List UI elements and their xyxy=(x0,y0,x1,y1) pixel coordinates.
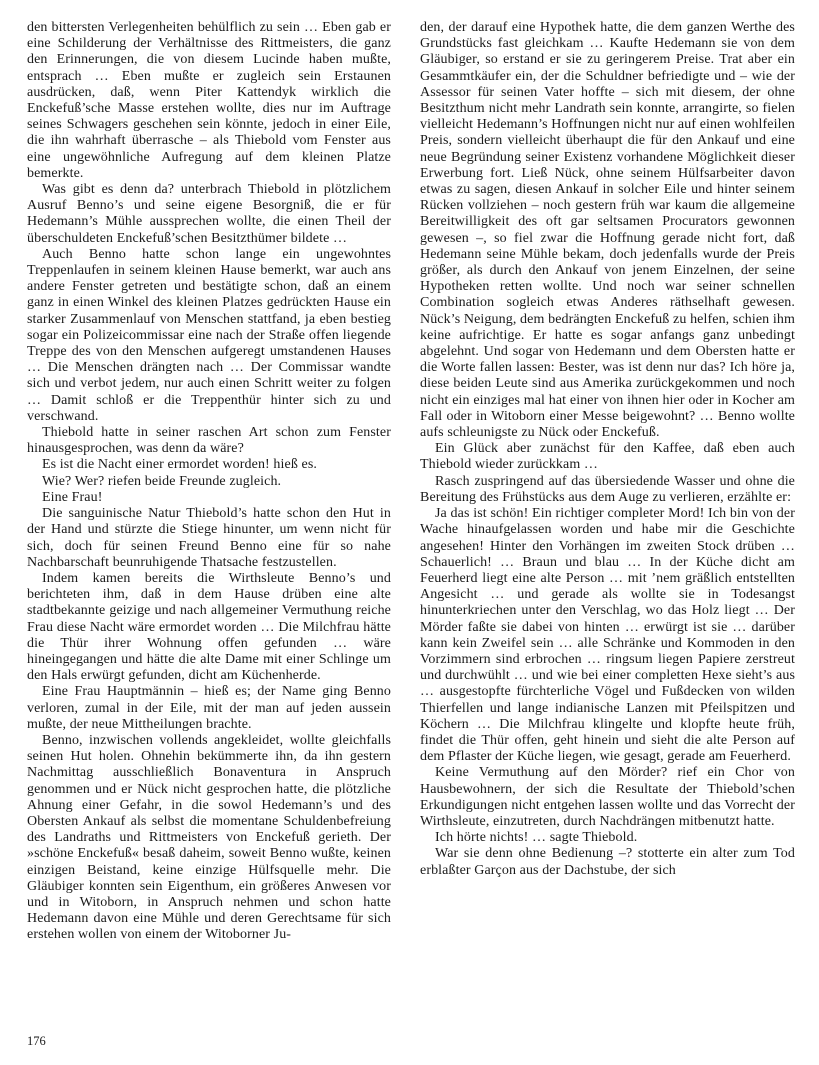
page-number: 176 xyxy=(27,1034,46,1049)
paragraph: den, der darauf eine Hypothek hatte, die… xyxy=(420,20,795,441)
left-column: den bittersten Verlegenheiten behülflich… xyxy=(27,20,391,944)
paragraph: Was gibt es denn da? unterbrach Thiebold… xyxy=(27,182,391,247)
paragraph: Es ist die Nacht einer ermordet worden! … xyxy=(27,457,391,473)
text-columns: den bittersten Verlegenheiten behülflich… xyxy=(0,0,819,944)
paragraph: Thiebold hatte in seiner raschen Art sch… xyxy=(27,425,391,457)
paragraph: Die sanguinische Natur Thiebold’s hatte … xyxy=(27,506,391,571)
paragraph: Indem kamen bereits die Wirthsleute Benn… xyxy=(27,571,391,684)
book-page: den bittersten Verlegenheiten behülflich… xyxy=(0,0,819,1065)
paragraph: Eine Frau! xyxy=(27,490,391,506)
paragraph: Auch Benno hatte schon lange ein ungewoh… xyxy=(27,247,391,425)
paragraph: Ich hörte nichts! … sagte Thiebold. xyxy=(420,830,795,846)
paragraph: Eine Frau Hauptmännin – hieß es; der Nam… xyxy=(27,684,391,733)
paragraph: Rasch zuspringend auf das übersiedende W… xyxy=(420,474,795,506)
paragraph: den bittersten Verlegenheiten behülflich… xyxy=(27,20,391,182)
paragraph: Keine Vermuthung auf den Mörder? rief ei… xyxy=(420,765,795,830)
paragraph: Ein Glück aber zunächst für den Kaffee, … xyxy=(420,441,795,473)
paragraph: Benno, inzwischen vollends angekleidet, … xyxy=(27,733,391,944)
paragraph: War sie denn ohne Bedienung –? stotterte… xyxy=(420,846,795,878)
paragraph: Wie? Wer? riefen beide Freunde zugleich. xyxy=(27,474,391,490)
paragraph: Ja das ist schön! Ein richtiger complete… xyxy=(420,506,795,765)
right-column: den, der darauf eine Hypothek hatte, die… xyxy=(420,20,795,944)
